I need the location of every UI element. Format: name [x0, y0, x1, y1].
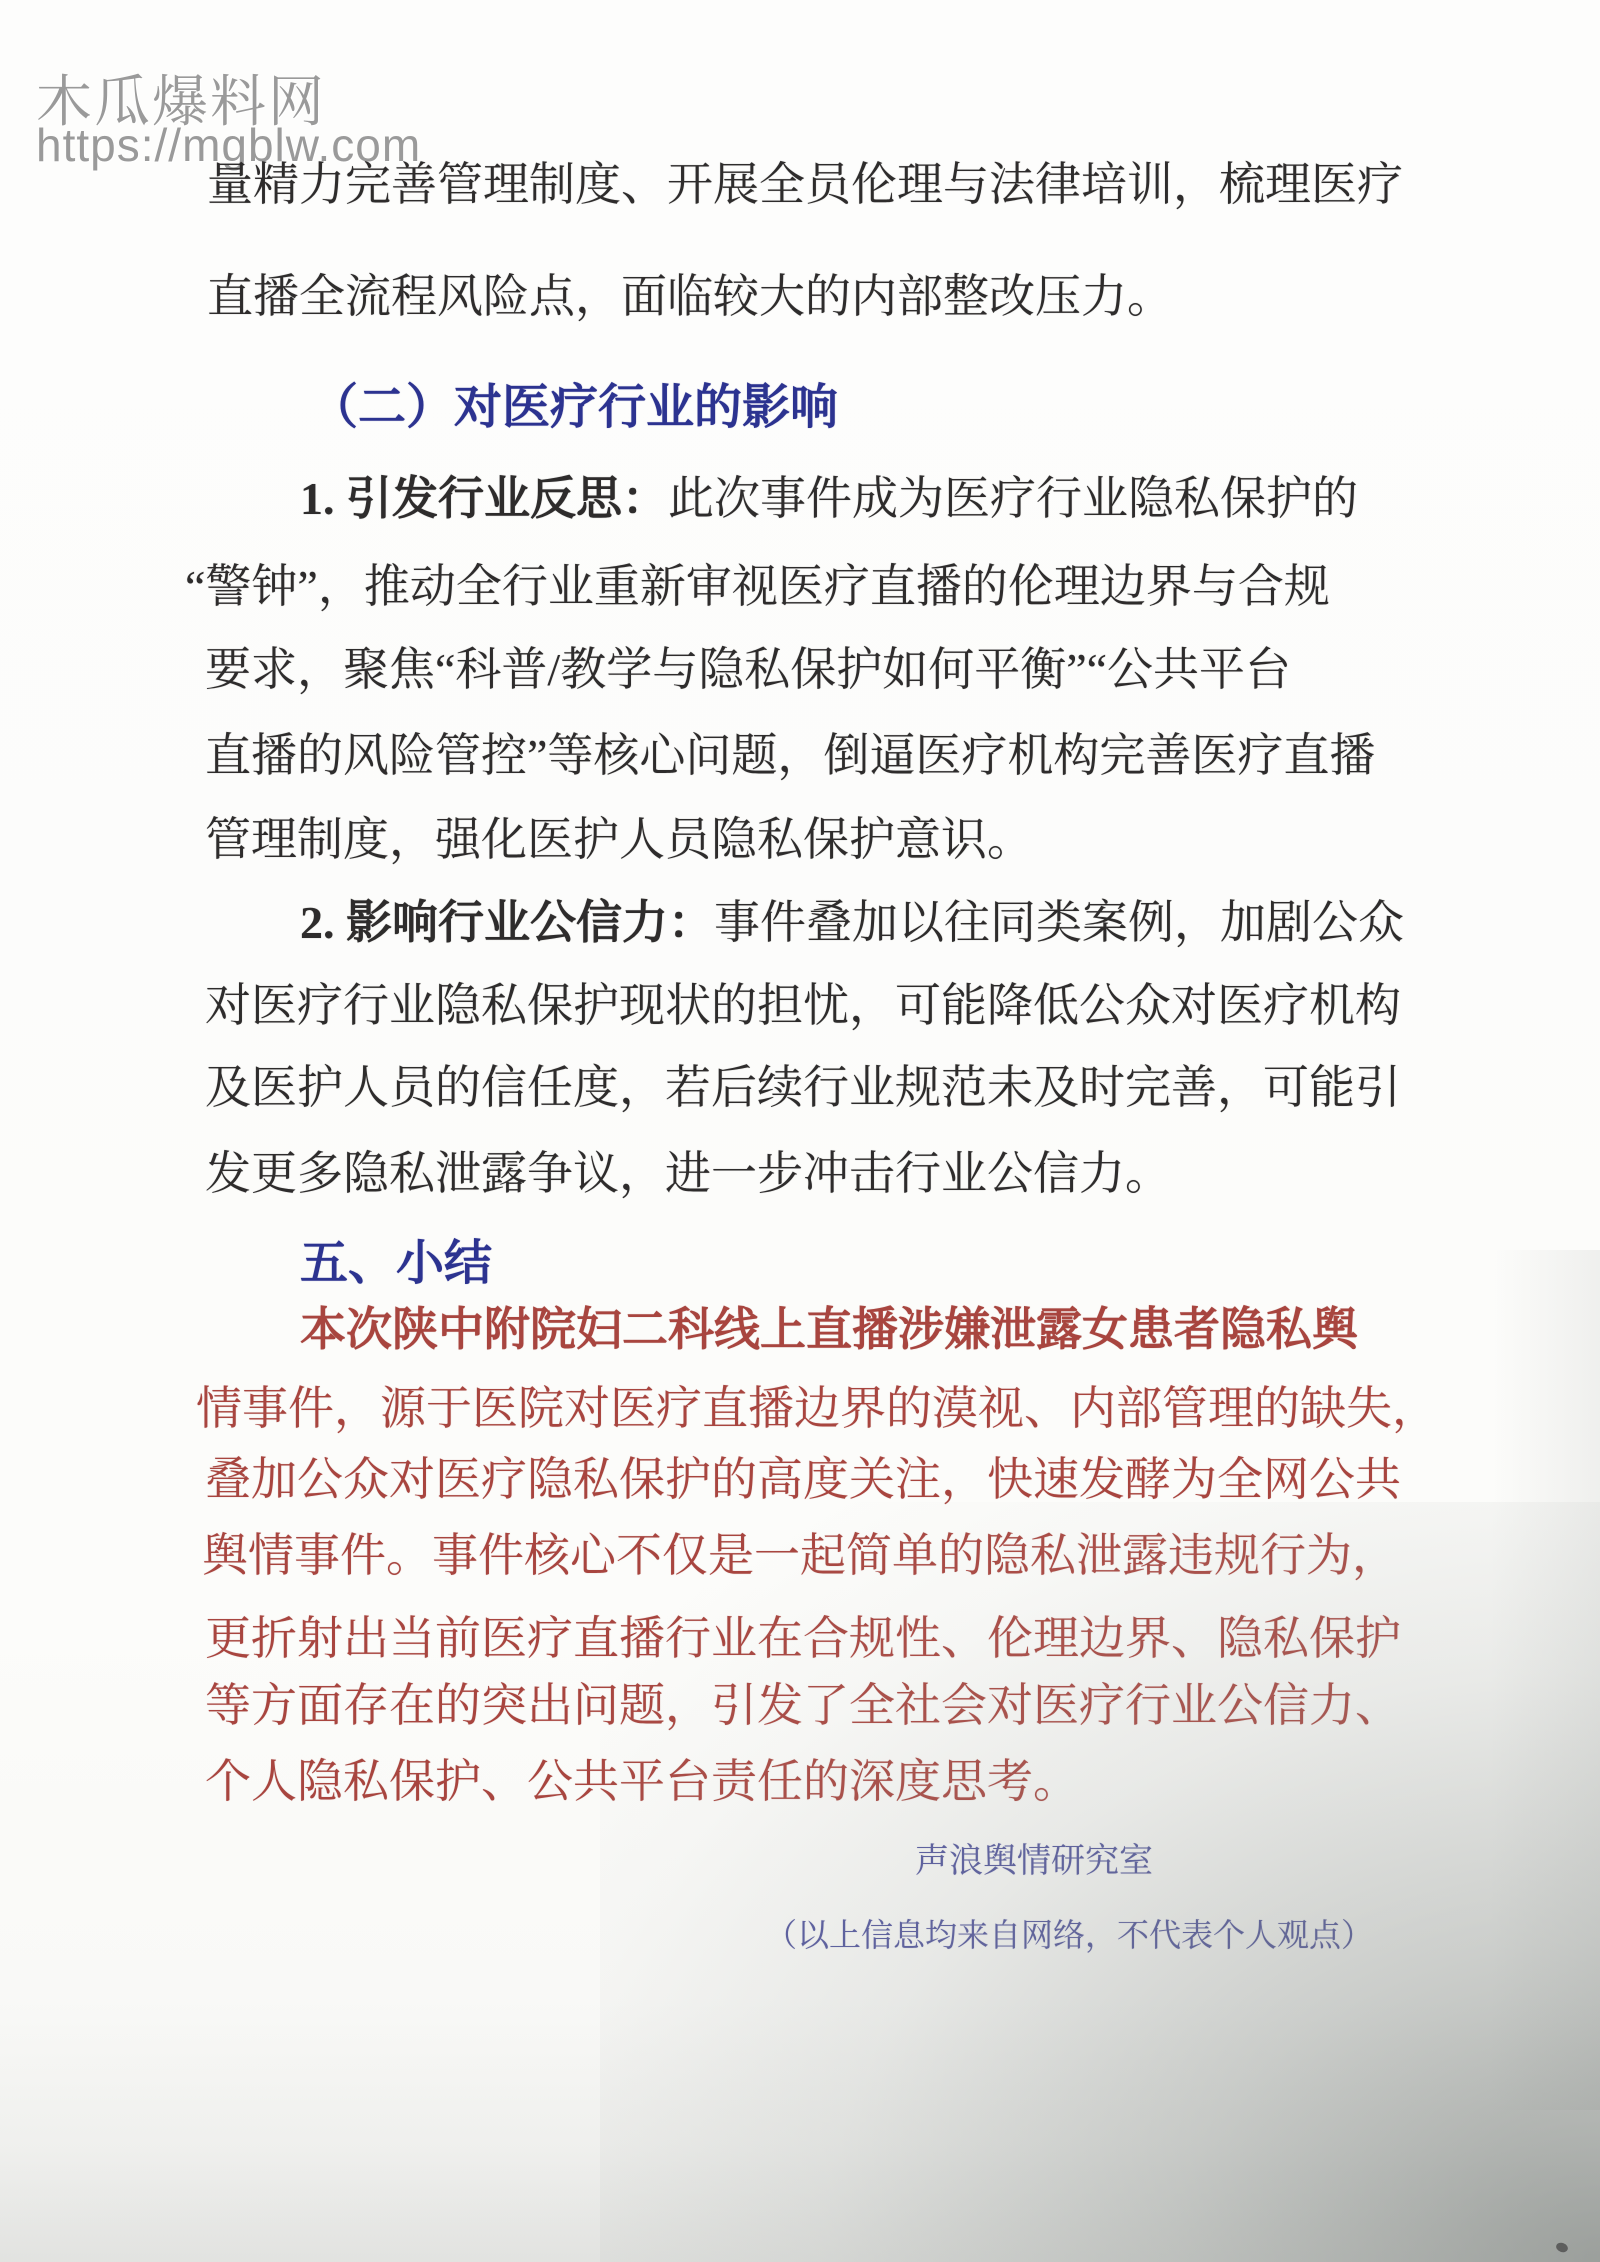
summary-line-2: 情事件，源于医院对医疗直播边界的漠视、内部管理的缺失，: [196, 1372, 1438, 1438]
paragraph-rest-1: 此次事件成为医疗行业隐私保护的: [668, 473, 1358, 524]
doc-line-p2-1: 1. 引发行业反思：此次事件成为医疗行业隐私保护的: [300, 462, 1358, 528]
scan-shadow-bottom-edge: [0, 2002, 1600, 2262]
scanned-document-page: 木瓜爆料网 https://mgblw.com 量精力完善管理制度、开展全员伦理…: [0, 0, 1600, 2262]
doc-line-p3-4: 发更多隐私泄露争议，进一步冲击行业公信力。: [205, 1137, 1171, 1203]
doc-line-p3-1: 2. 影响行业公信力：事件叠加以往同类案例，加剧公众: [300, 886, 1404, 952]
paragraph-rest-2: 事件叠加以往同类案例，加剧公众: [714, 897, 1404, 948]
signature: 声浪舆情研究室: [915, 1833, 1153, 1882]
section-heading-summary: 五、小结: [300, 1224, 492, 1293]
scan-shadow-right-edge: [1490, 1250, 1600, 2110]
doc-line-p2-2: “警钟”，推动全行业重新审视医疗直播的伦理边界与合规: [185, 550, 1330, 616]
summary-line-4: 舆情事件。事件核心不仅是一起简单的隐私泄露违规行为，: [202, 1519, 1398, 1585]
summary-line-6: 等方面存在的突出问题，引发了全社会对医疗行业公信力、: [205, 1669, 1401, 1735]
summary-line-5: 更折射出当前医疗直播行业在合规性、伦理边界、隐私保护: [205, 1602, 1401, 1668]
doc-line-p2-3: 要求，聚焦“科普/教学与隐私保护如何平衡”“公共平台: [205, 633, 1291, 699]
doc-line-p1-2: 直播全流程风险点，面临较大的内部整改压力。: [207, 260, 1173, 326]
doc-line-p3-2: 对医疗行业隐私保护现状的担忧，可能降低公众对医疗机构: [205, 969, 1401, 1035]
scan-speck: [1555, 2241, 1569, 2254]
section-heading-impact-on-industry: （二）对医疗行业的影响: [310, 368, 838, 437]
summary-line-3: 叠加公众对医疗隐私保护的高度关注，快速发酵为全网公共: [205, 1443, 1401, 1509]
doc-line-p2-4: 直播的风险管控”等核心问题，倒逼医疗机构完善医疗直播: [205, 719, 1375, 785]
paragraph-lead-1: 1. 引发行业反思：: [300, 473, 668, 524]
disclaimer: （以上信息均来自网络，不代表个人观点）: [765, 1910, 1373, 1956]
doc-line-p3-3: 及医护人员的信任度，若后续行业规范未及时完善，可能引: [205, 1051, 1401, 1117]
doc-line-p1-1: 量精力完善管理制度、开展全员伦理与法律培训，梳理医疗: [207, 148, 1403, 214]
paragraph-lead-2: 2. 影响行业公信力：: [300, 897, 714, 948]
summary-line-7: 个人隐私保护、公共平台责任的深度思考。: [205, 1745, 1079, 1811]
summary-line-1: 本次陕中附院妇二科线上直播涉嫌泄露女患者隐私舆: [300, 1293, 1358, 1359]
doc-line-p2-5: 管理制度，强化医护人员隐私保护意识。: [205, 803, 1033, 869]
